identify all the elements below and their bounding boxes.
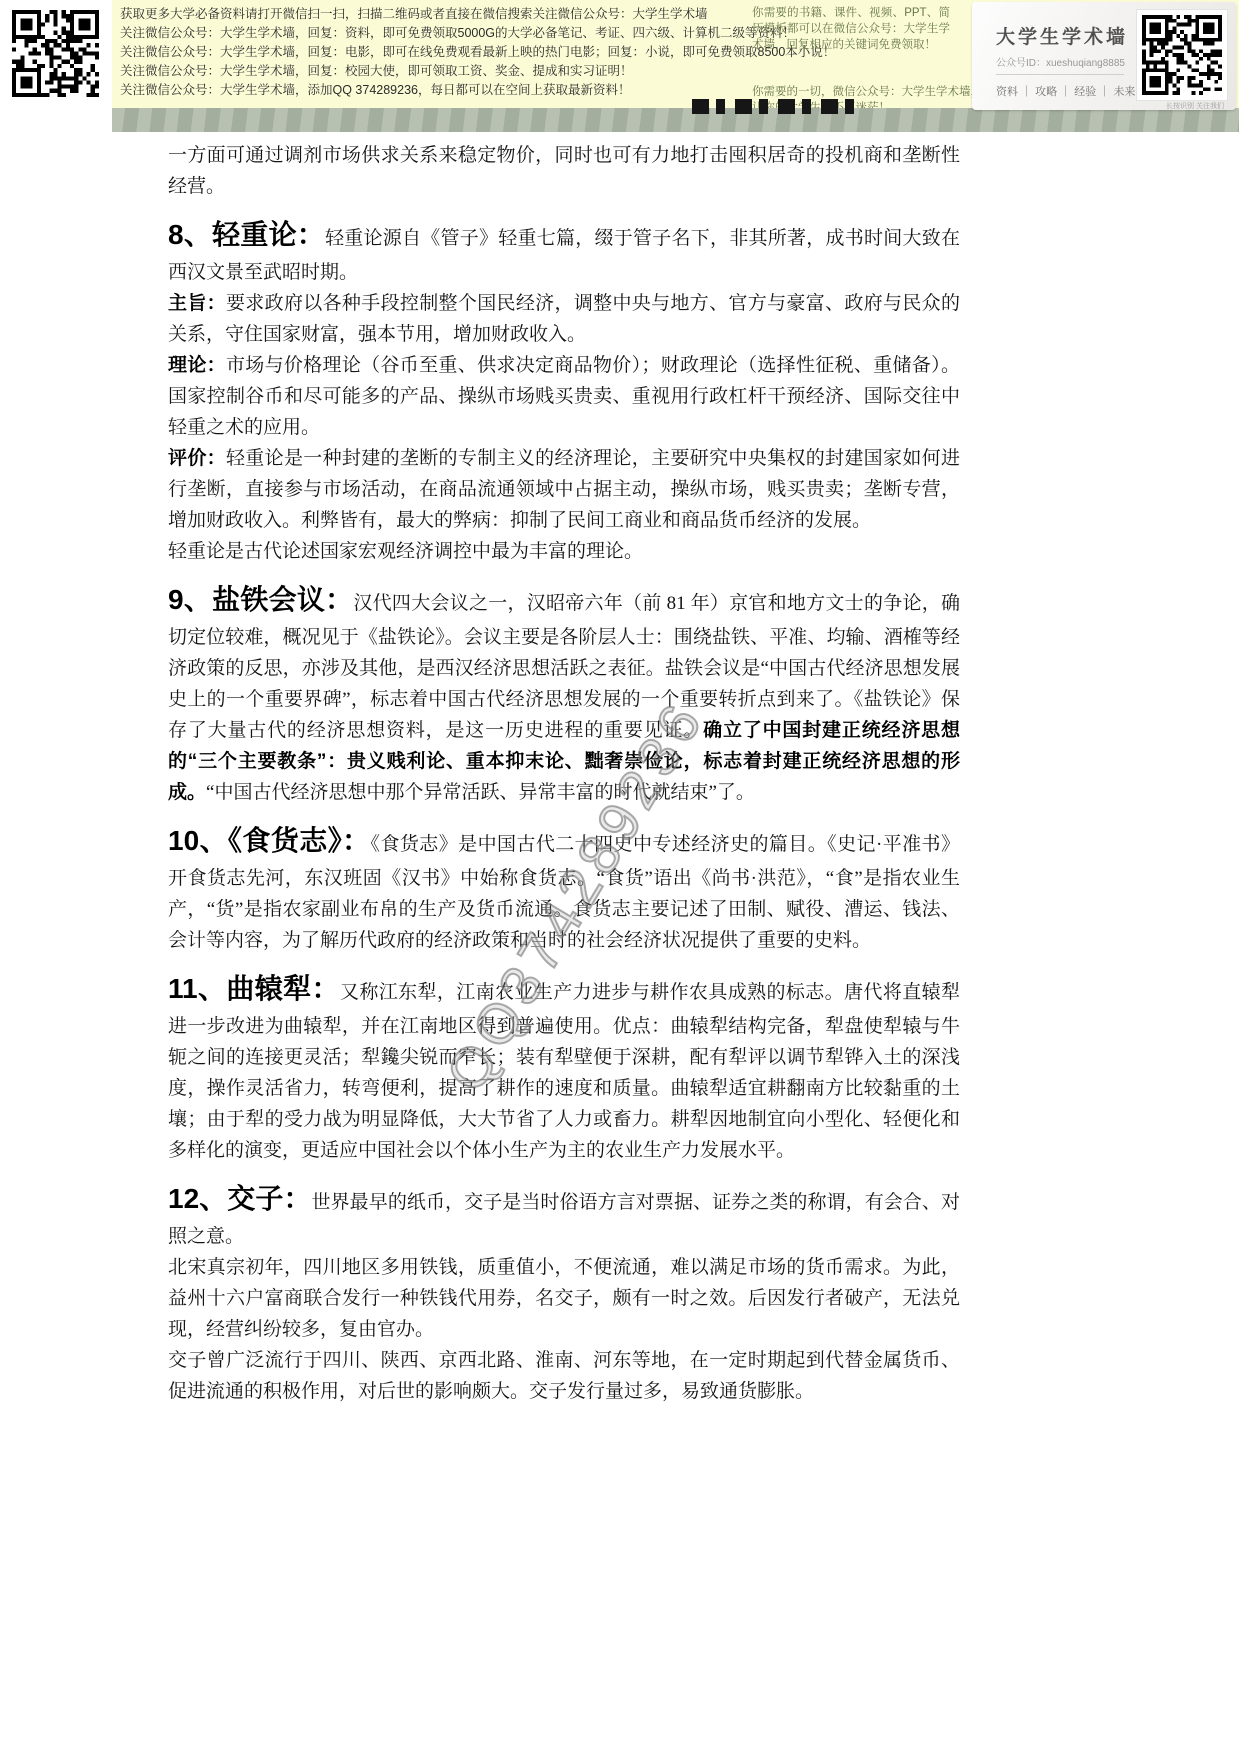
banner-line: 关注微信公众号：大学生学术墙，回复：校园大使，即可领取工资、奖金、提成和实习证明… — [120, 62, 835, 81]
section-heading: 12、交子： — [168, 1183, 312, 1214]
section-heading: 8、轻重论： — [168, 219, 325, 250]
card-divider — [996, 74, 1124, 75]
section-heading: 11、曲辕犁： — [168, 973, 340, 1004]
section-paragraph: 11、曲辕犁：又称江东犁，江南农业生产力进步与耕作农具成熟的标志。唐代将直辕犁进… — [168, 967, 960, 1166]
account-card: 大学生学术墙 公众号ID：xueshuqiang8885 资料 ｜ 攻略 ｜ 经… — [972, 2, 1236, 110]
divider-strip — [112, 108, 1239, 132]
text-run: 交子曾广泛流行于四川、陕西、京西北路、淮南、河东等地，在一定时期起到代替金属货币… — [168, 1350, 960, 1402]
section-heading: 9、盐铁会议： — [168, 584, 353, 615]
paragraph: 理论：市场与价格理论（谷币至重、供求决定商品物价）；财政理论（选择性征税、重储备… — [168, 350, 960, 443]
left-qr-panel — [0, 0, 112, 108]
banner-line: 关注微信公众号：大学生学术墙，添加QQ 374289236，每日都可以在空间上获… — [120, 81, 835, 100]
text-run: 北宋真宗初年，四川地区多用铁钱，质重值小，不便流通，难以满足市场的货币需求。为此… — [168, 1257, 960, 1340]
account-card-title: 大学生学术墙 — [996, 22, 1128, 49]
account-card-tags: 资料 ｜ 攻略 ｜ 经验 ｜ 未来 — [996, 83, 1135, 99]
text-run: 评价： — [168, 448, 226, 469]
wechat-qr-code-icon — [7, 5, 104, 102]
banner-note-top: 你需要的书籍、课件、视频、PPT、简历模板都可以在微信公众号：大学生学术墙，回复… — [752, 5, 950, 53]
text-run: 市场与价格理论（谷币至重、供求决定商品物价）；财政理论（选择性征税、重储备）。国… — [168, 355, 960, 438]
banner-line: 关注微信公众号：大学生学术墙，回复：电影，即可在线免费观看最新上映的热门电影；回… — [120, 43, 835, 62]
text-run: 又称江东犁，江南农业生产力进步与耕作农具成熟的标志。唐代将直辕犁进一步改进为曲辕… — [168, 982, 960, 1161]
paragraph: 北宋真宗初年，四川地区多用铁钱，质重值小，不便流通，难以满足市场的货币需求。为此… — [168, 1252, 960, 1345]
banner-line: 获取更多大学必备资料请打开微信扫一扫，扫描二维码或者直接在微信搜索关注微信公众号… — [120, 5, 835, 24]
section-paragraph: 9、盐铁会议：汉代四大会议之一，汉昭帝六年（前 81 年）京官和地方文士的争论，… — [168, 578, 960, 808]
paragraph: 评价：轻重论是一种封建的垄断的专制主义的经济理论，主要研究中央集权的封建国家如何… — [168, 443, 960, 536]
text-run: 主旨： — [168, 293, 226, 314]
text-run: 理论： — [168, 355, 226, 376]
section-paragraph: 12、交子：世界最早的纸币，交子是当时俗语方言对票据、证券之类的称谓，有会合、对… — [168, 1177, 960, 1252]
text-run: 轻重论是古代论述国家宏观经济调控中最为丰富的理论。 — [168, 541, 643, 562]
promo-banner: 获取更多大学必备资料请打开微信扫一扫，扫描二维码或者直接在微信搜索关注微信公众号… — [0, 0, 1239, 134]
section-paragraph: 10、《食货志》：《食货志》是中国古代二十四史中专述经济史的篇目。《史记·平准书… — [168, 819, 960, 956]
paragraph: 轻重论是古代论述国家宏观经济调控中最为丰富的理论。 — [168, 536, 960, 567]
document-body: 一方面可通过调剂市场供求关系来稳定物价，同时也可有力地打击囤积居奇的投机商和垄断… — [168, 140, 960, 1407]
section-paragraph: 8、轻重论：轻重论源自《管子》轻重七篇，缀于管子名下，非其所著，成书时间大致在西… — [168, 213, 960, 288]
text-run: 要求政府以各种手段控制整个国民经济，调整中央与地方、官方与豪富、政府与民众的关系… — [168, 293, 960, 345]
banner-text-lines: 获取更多大学必备资料请打开微信扫一扫，扫描二维码或者直接在微信搜索关注微信公众号… — [120, 5, 835, 100]
paragraph: 主旨：要求政府以各种手段控制整个国民经济，调整中央与地方、官方与豪富、政府与民众… — [168, 288, 960, 350]
qr-caption: 长按识别 关注我们 — [1166, 101, 1224, 111]
banner-line: 关注微信公众号：大学生学术墙，回复：资料，即可免费领取5000G的大学必备笔记、… — [120, 24, 835, 43]
text-run: “中国古代经济思想中那个异常活跃、异常丰富的时代就结束”了。 — [206, 782, 755, 803]
paragraph: 一方面可通过调剂市场供求关系来稳定物价，同时也可有力地打击囤积居奇的投机商和垄断… — [168, 140, 960, 202]
paragraph: 交子曾广泛流行于四川、陕西、京西北路、淮南、河东等地，在一定时期起到代替金属货币… — [168, 1345, 960, 1407]
account-card-id: 公众号ID：xueshuqiang8885 — [996, 54, 1125, 69]
text-run: 轻重论是一种封建的垄断的专制主义的经济理论，主要研究中央集权的封建国家如何进行垄… — [168, 448, 960, 531]
wechat-qr-code-icon — [1136, 9, 1228, 101]
text-run: 一方面可通过调剂市场供求关系来稳定物价，同时也可有力地打击囤积居奇的投机商和垄断… — [168, 145, 960, 197]
section-heading: 10、《食货志》： — [168, 825, 371, 856]
cropped-text-fragment — [692, 99, 864, 114]
text-run: 汉代四大会议之一，汉昭帝六年（前 81 年）京官和地方文士的争论，确切定位较难，… — [168, 593, 960, 741]
